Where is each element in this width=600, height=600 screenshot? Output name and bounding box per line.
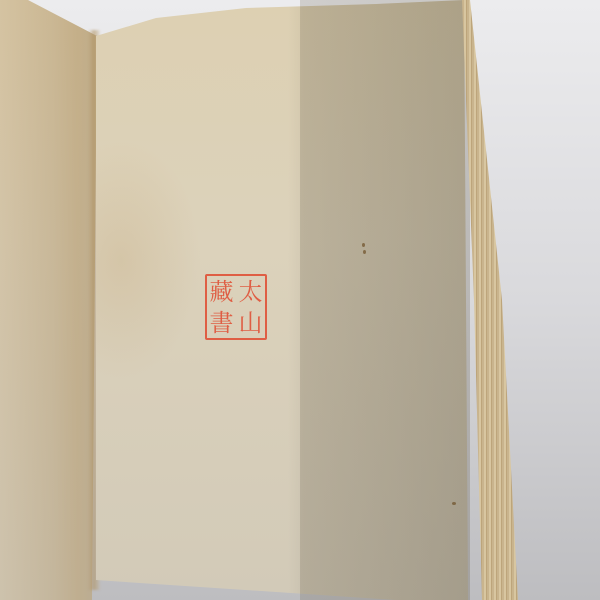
seal-char: 藏 xyxy=(207,276,236,307)
left-page xyxy=(0,0,97,600)
stain-spot xyxy=(452,502,456,505)
stain-spot xyxy=(363,250,366,254)
seal-char: 山 xyxy=(236,307,265,338)
seal-char: 書 xyxy=(207,307,236,338)
stain-spot xyxy=(362,243,365,247)
right-page xyxy=(96,0,496,600)
page-edges xyxy=(462,0,522,600)
photo-scene: 太 藏 山 書 xyxy=(0,0,600,600)
seal-char: 太 xyxy=(236,276,265,307)
red-seal-stamp: 太 藏 山 書 xyxy=(205,274,267,340)
